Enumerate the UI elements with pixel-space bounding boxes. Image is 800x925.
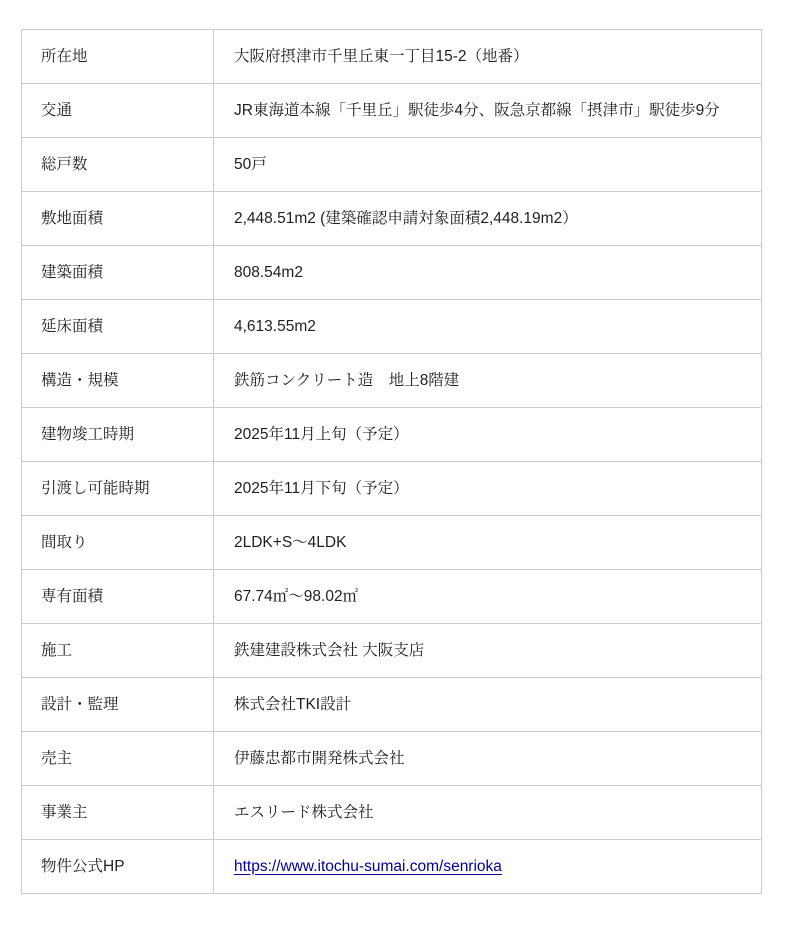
row-value: 大阪府摂津市千里丘東一丁目15-2（地番） [214, 30, 762, 84]
property-site-link[interactable]: https://www.itochu-sumai.com/senrioka [234, 858, 502, 875]
row-value: エスリード株式会社 [214, 786, 762, 840]
row-value: 2025年11月下旬（予定） [214, 462, 762, 516]
table-row: 建物竣工時期 2025年11月上旬（予定） [22, 408, 762, 462]
row-label: 施工 [22, 624, 214, 678]
property-spec-table: 所在地 大阪府摂津市千里丘東一丁目15-2（地番） 交通 JR東海道本線「千里丘… [21, 29, 762, 894]
row-label: 建物竣工時期 [22, 408, 214, 462]
row-value: 808.54m2 [214, 246, 762, 300]
table-row: 間取り 2LDK+S〜4LDK [22, 516, 762, 570]
table-row: 専有面積 67.74㎡〜98.02㎡ [22, 570, 762, 624]
table-row: 延床面積 4,613.55m2 [22, 300, 762, 354]
row-value: JR東海道本線「千里丘」駅徒歩4分、阪急京都線「摂津市」駅徒歩9分 [214, 84, 762, 138]
row-label: 物件公式HP [22, 840, 214, 894]
row-value: 株式会社TKI設計 [214, 678, 762, 732]
row-label: 引渡し可能時期 [22, 462, 214, 516]
row-value: 伊藤忠都市開発株式会社 [214, 732, 762, 786]
row-label: 構造・規模 [22, 354, 214, 408]
row-label: 売主 [22, 732, 214, 786]
table-row: 構造・規模 鉄筋コンクリート造 地上8階建 [22, 354, 762, 408]
table-row: 交通 JR東海道本線「千里丘」駅徒歩4分、阪急京都線「摂津市」駅徒歩9分 [22, 84, 762, 138]
table-row: 売主 伊藤忠都市開発株式会社 [22, 732, 762, 786]
table-row: 事業主 エスリード株式会社 [22, 786, 762, 840]
property-spec-table-body: 所在地 大阪府摂津市千里丘東一丁目15-2（地番） 交通 JR東海道本線「千里丘… [22, 30, 762, 894]
row-label: 総戸数 [22, 138, 214, 192]
row-label: 敷地面積 [22, 192, 214, 246]
row-label: 専有面積 [22, 570, 214, 624]
table-row: 設計・監理 株式会社TKI設計 [22, 678, 762, 732]
row-label: 設計・監理 [22, 678, 214, 732]
table-row: 施工 鉄建建設株式会社 大阪支店 [22, 624, 762, 678]
row-value: 鉄建建設株式会社 大阪支店 [214, 624, 762, 678]
table-row: 建築面積 808.54m2 [22, 246, 762, 300]
row-value: 2025年11月上旬（予定） [214, 408, 762, 462]
row-label: 所在地 [22, 30, 214, 84]
row-value: 4,613.55m2 [214, 300, 762, 354]
table-row: 総戸数 50戸 [22, 138, 762, 192]
row-value: 67.74㎡〜98.02㎡ [214, 570, 762, 624]
row-value: 2,448.51m2 (建築確認申請対象面積2,448.19m2） [214, 192, 762, 246]
row-value: https://www.itochu-sumai.com/senrioka [214, 840, 762, 894]
row-label: 延床面積 [22, 300, 214, 354]
table-row: 所在地 大阪府摂津市千里丘東一丁目15-2（地番） [22, 30, 762, 84]
row-value: 50戸 [214, 138, 762, 192]
table-row: 敷地面積 2,448.51m2 (建築確認申請対象面積2,448.19m2） [22, 192, 762, 246]
row-value: 2LDK+S〜4LDK [214, 516, 762, 570]
row-label: 間取り [22, 516, 214, 570]
row-label: 建築面積 [22, 246, 214, 300]
table-row: 物件公式HP https://www.itochu-sumai.com/senr… [22, 840, 762, 894]
row-label: 交通 [22, 84, 214, 138]
table-row: 引渡し可能時期 2025年11月下旬（予定） [22, 462, 762, 516]
row-value: 鉄筋コンクリート造 地上8階建 [214, 354, 762, 408]
row-label: 事業主 [22, 786, 214, 840]
